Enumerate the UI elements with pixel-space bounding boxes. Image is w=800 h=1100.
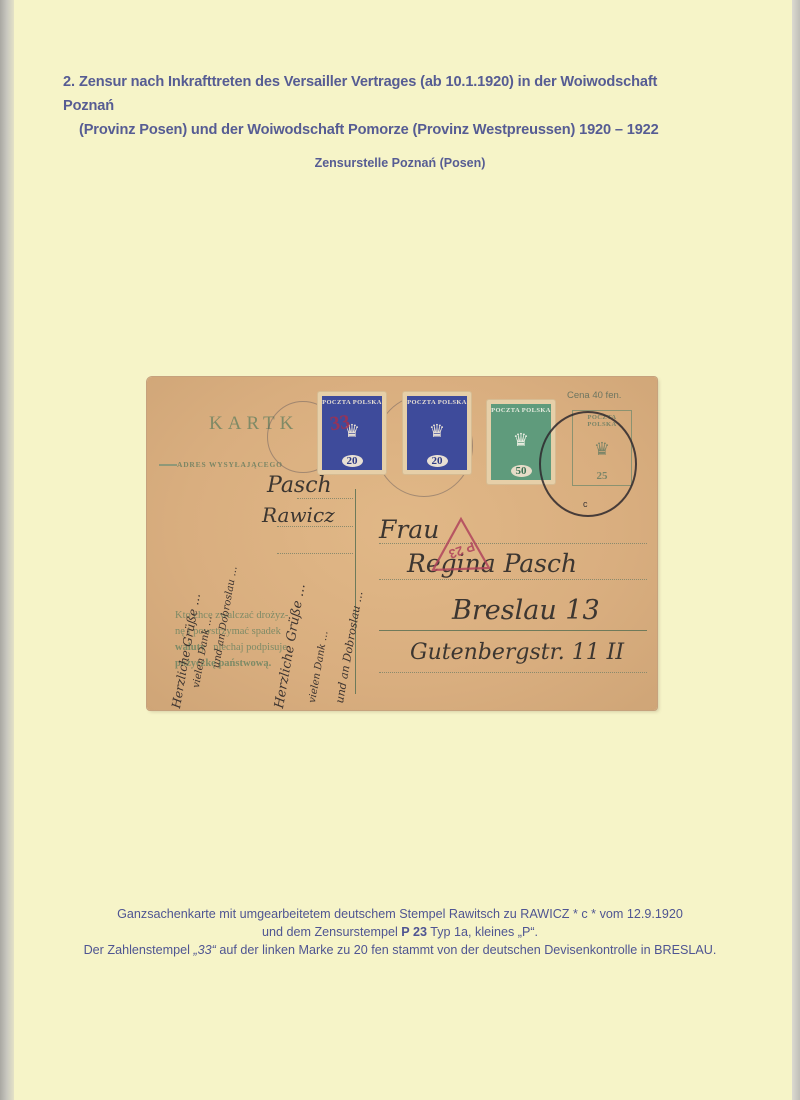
stamp-value: 20	[427, 455, 448, 467]
stamp-inscription: POCZTA POLSKA	[407, 396, 467, 406]
postmark-rawicz: c	[539, 411, 637, 517]
address-line	[379, 579, 647, 580]
heading-line-1: Zensur nach Inkrafttreten des Versailler…	[63, 74, 657, 114]
heading-line-2: (Provinz Posen) und der Woiwodschaft Pom…	[63, 118, 703, 142]
eagle-icon: ♛	[513, 431, 529, 449]
sender-rule	[159, 464, 177, 466]
handwriting-recipient-street: Gutenbergstr. 11 II	[410, 640, 624, 665]
stamp-face: POCZTA POLSKA ♛ 20	[407, 396, 467, 470]
handwriting-recipient-city: Breslau 13	[452, 595, 600, 626]
caption: Ganzsachenkarte mit umgearbeitetem deuts…	[0, 905, 800, 959]
eagle-icon: ♛	[429, 422, 445, 440]
number-stamp-code: „33“	[193, 943, 215, 957]
address-line	[379, 630, 647, 631]
page-subheading: Zensurstelle Poznań (Posen)	[0, 156, 800, 170]
handwriting-sender-name: Pasch	[267, 473, 332, 498]
sender-label: ADRES WYSYŁAJĄCEGO	[177, 460, 283, 469]
heading-number: 2.	[63, 70, 79, 94]
overprint-mark: 33	[328, 411, 351, 437]
stamp-20-overprinted: POCZTA POLSKA ♛ 20 33	[318, 392, 386, 474]
caption-line-3: Der Zahlenstempel „33“ auf der linken Ma…	[0, 941, 800, 959]
caption-line-1: Ganzsachenkarte mit umgearbeitetem deuts…	[0, 905, 800, 923]
stamp-20: POCZTA POLSKA ♛ 20	[403, 392, 471, 474]
stamp-face: POCZTA POLSKA ♛ 20 33	[322, 396, 382, 470]
slogan-line: Kto chce zwalczać drożyz-	[175, 608, 345, 624]
stamp-inscription: POCZTA POLSKA	[322, 396, 382, 406]
postcard: KARTK ADRES WYSYŁAJĄCEGO Cena 40 fen. Kt…	[147, 377, 657, 710]
postmark-letter: c	[583, 499, 588, 509]
sender-line	[277, 553, 353, 554]
caption-line-2: und dem Zensurstempel P 23 Typ 1a, klein…	[0, 923, 800, 941]
censor-code: P 23	[401, 925, 427, 939]
page-heading: 2.Zensur nach Inkrafttreten des Versaill…	[63, 70, 703, 142]
caption-text: auf der linken Marke zu 20 fen stammt vo…	[216, 943, 717, 957]
stamp-value: 20	[342, 455, 363, 467]
stamp-inscription: POCZTA POLSKA	[491, 404, 551, 414]
svg-text:P 23: P 23	[447, 539, 477, 562]
postcard-price: Cena 40 fen.	[567, 390, 621, 401]
sender-line	[297, 498, 353, 499]
address-line	[379, 672, 647, 673]
caption-text: Der Zahlenstempel	[84, 943, 194, 957]
stamp-value: 50	[511, 465, 532, 477]
caption-text: Typ 1a, kleines „P“.	[427, 925, 538, 939]
censor-triangle-mark: P 23	[430, 516, 492, 572]
caption-text: und dem Zensurstempel	[262, 925, 401, 939]
handwriting-sender-town: Rawicz	[262, 503, 335, 527]
